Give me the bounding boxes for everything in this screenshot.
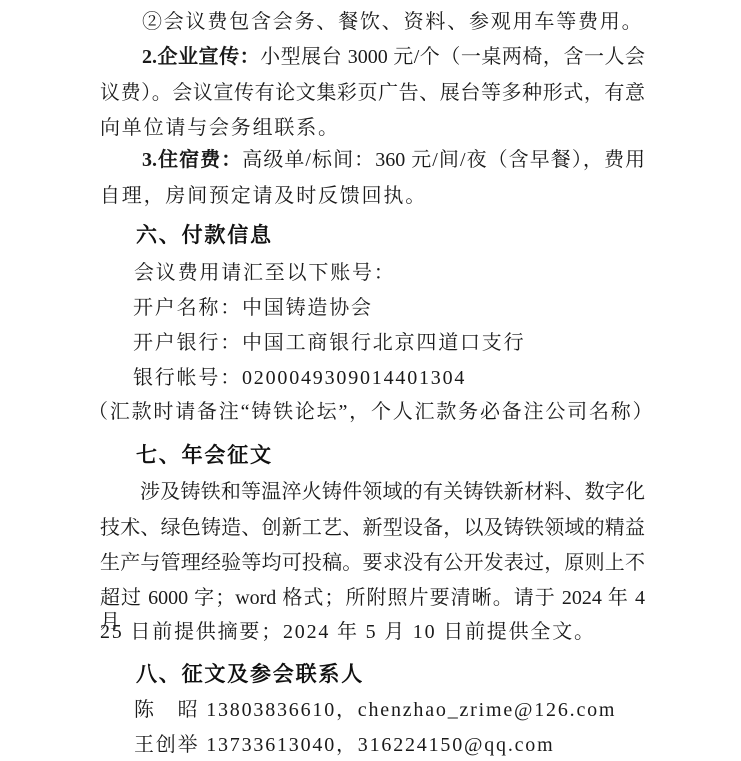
line-contact-wang-chuangju-text: 王创举 13733613040，316224150@qq.com: [134, 734, 554, 756]
line-contact-chen-zhao-text: 陈 昭 13803836610，chenzhao_zrime@126.com: [134, 699, 616, 721]
line-contact-wang-chuangju: 王创举 13733613040，316224150@qq.com: [134, 733, 554, 757]
line-enterprise-promotion-3-text: 向单位请与会务组联系。: [100, 117, 340, 139]
line-hotel-fee-1-text: 高级单/标间：360 元/间/夜（含早餐），费用: [242, 149, 645, 171]
line-bank-name-text: 开户银行：中国工商银行北京四道口支行: [133, 332, 525, 354]
line-cfp-deadlines-text: 25 日前提供摘要；2024 年 5 月 10 日前提供全文。: [100, 621, 596, 643]
line-enterprise-promotion-1-bold-run: 2.企业宣传：: [142, 46, 260, 68]
line-remit-remark: （汇款时请备注“铸铁论坛”，个人汇款务必备注公司名称）: [88, 400, 654, 424]
line-account-number: 银行帐号：0200049309014401304: [133, 366, 466, 390]
line-cfp-scope-1-text: 涉及铸铁和等温淬火铸件领域的有关铸铁新材料、数字化: [140, 481, 645, 503]
heading-call-for-papers: 七、年会征文: [136, 444, 273, 468]
heading-contacts: 八、征文及参会联系人: [136, 663, 364, 687]
line-hotel-fee-2: 自理，房间预定请及时反馈回执。: [100, 184, 427, 208]
line-account-name: 开户名称：中国铸造协会: [133, 296, 373, 320]
line-remit-instruction-text: 会议费用请汇至以下账号：: [134, 262, 396, 284]
line-remit-instruction: 会议费用请汇至以下账号：: [134, 261, 396, 285]
line-conference-fee-note-text: ②会议费包含会务、餐饮、资料、参观用车等费用。: [142, 11, 643, 33]
line-enterprise-promotion-2-text: 议费）。会议宣传有论文集彩页广告、展台等多种形式，有意: [100, 82, 645, 104]
heading-call-for-papers-text: 七、年会征文: [136, 444, 273, 467]
document-page: ②会议费包含会务、餐饮、资料、参观用车等费用。2.企业宣传：小型展台 3000 …: [0, 0, 741, 761]
line-hotel-fee-1: 3.住宿费：高级单/标间：360 元/间/夜（含早餐），费用: [100, 148, 645, 172]
line-hotel-fee-2-text: 自理，房间预定请及时反馈回执。: [100, 185, 427, 207]
line-account-number-text: 银行帐号：0200049309014401304: [133, 367, 466, 389]
line-account-name-text: 开户名称：中国铸造协会: [133, 297, 373, 319]
heading-payment-info: 六、付款信息: [136, 224, 273, 248]
line-cfp-scope-3-text: 生产与管理经验等均可投稿。要求没有公开发表过，原则上不: [100, 552, 645, 574]
line-enterprise-promotion-1: 2.企业宣传：小型展台 3000 元/个（一桌两椅，含一人会: [100, 45, 645, 69]
line-cfp-scope-2: 技术、绿色铸造、创新工艺、新型设备，以及铸铁领域的精益: [100, 516, 645, 540]
line-enterprise-promotion-1-text: 小型展台 3000 元/个（一桌两椅，含一人会: [260, 46, 645, 68]
line-cfp-scope-3: 生产与管理经验等均可投稿。要求没有公开发表过，原则上不: [100, 551, 645, 575]
line-conference-fee-note: ②会议费包含会务、餐饮、资料、参观用车等费用。: [142, 10, 643, 34]
heading-payment-info-text: 六、付款信息: [136, 224, 273, 247]
line-enterprise-promotion-3: 向单位请与会务组联系。: [100, 116, 340, 140]
line-cfp-deadlines: 25 日前提供摘要；2024 年 5 月 10 日前提供全文。: [100, 620, 596, 644]
line-bank-name: 开户银行：中国工商银行北京四道口支行: [133, 331, 525, 355]
heading-contacts-text: 八、征文及参会联系人: [136, 663, 364, 686]
line-contact-chen-zhao: 陈 昭 13803836610，chenzhao_zrime@126.com: [134, 698, 616, 722]
line-cfp-scope-1: 涉及铸铁和等温淬火铸件领域的有关铸铁新材料、数字化: [100, 480, 645, 504]
line-hotel-fee-1-bold-run: 3.住宿费：: [142, 149, 242, 171]
line-remit-remark-text: （汇款时请备注“铸铁论坛”，个人汇款务必备注公司名称）: [88, 401, 654, 423]
line-cfp-scope-2-text: 技术、绿色铸造、创新工艺、新型设备，以及铸铁领域的精益: [100, 517, 645, 539]
line-enterprise-promotion-2: 议费）。会议宣传有论文集彩页广告、展台等多种形式，有意: [100, 81, 645, 105]
